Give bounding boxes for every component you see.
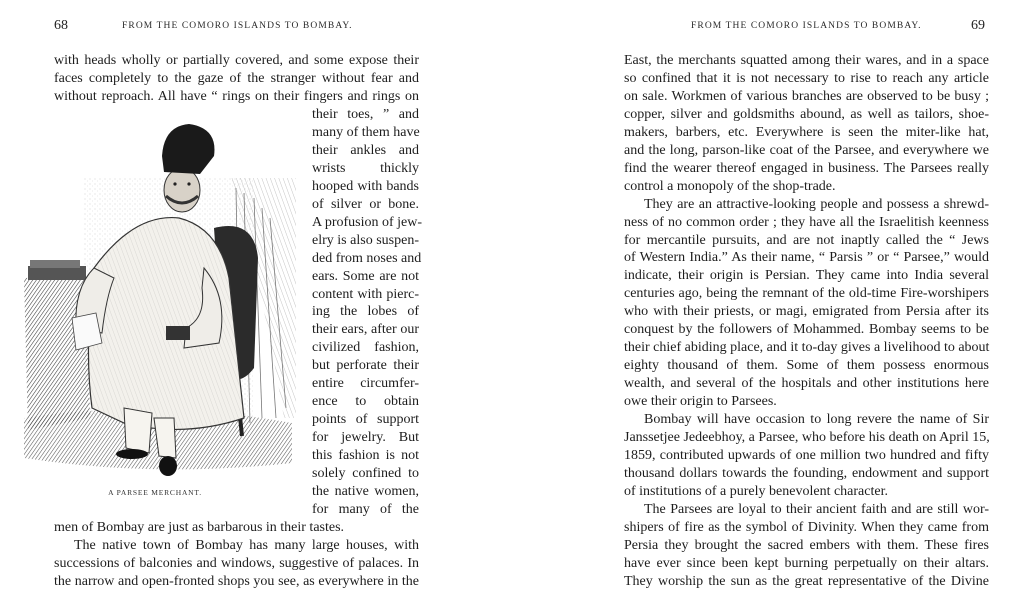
text-line: solely confined to <box>312 465 419 483</box>
text-line: Bombay will have occasion to long revere… <box>644 411 989 429</box>
text-line: of Western India.” As their name, “ Pars… <box>624 249 989 267</box>
text-line: faces completely to the gaze of the stra… <box>54 70 419 88</box>
right-page: FROM THE COMORO ISLANDS TO BOMBAY. 69 Ea… <box>506 0 1013 605</box>
text-line: so confined that it is not necessary to … <box>624 70 989 88</box>
text-line: They are an attractive-looking people an… <box>644 196 989 214</box>
text-line: this fashion is not <box>312 447 419 465</box>
text-line: ded from noses and <box>312 250 419 268</box>
text-line: for jewelry. But <box>312 429 419 447</box>
text-line: successions of balconies and windows, su… <box>54 555 419 573</box>
text-line: their ears, after our <box>312 321 419 339</box>
text-line: who with their priests, or magi, emigrat… <box>624 303 989 321</box>
text-line: the narrow and open-fronted shops you se… <box>54 573 419 591</box>
text-line: without reproach. All have “ rings on th… <box>54 88 419 106</box>
text-line: have ever since been kept burning perpet… <box>624 555 989 573</box>
text-line: wealth, and several of the hospitals and… <box>624 375 989 393</box>
text-line: eighty thousand of them. Some of them po… <box>624 357 989 375</box>
text-line: conquest by the followers of Mohammed. B… <box>624 321 989 339</box>
figure-caption: A PARSEE MERCHANT. <box>14 488 296 497</box>
text-line: The native town of Bombay has many large… <box>74 537 419 555</box>
text-line: and the long, parson-like coat of the Pa… <box>624 142 989 160</box>
text-line: content with pierc- <box>312 286 419 304</box>
running-head-left: FROM THE COMORO ISLANDS TO BOMBAY. <box>122 21 353 31</box>
text-line: many of them have <box>312 124 419 142</box>
page-number-left: 68 <box>54 18 68 34</box>
text-line: entire circumfer- <box>312 375 419 393</box>
text-line: 1859, contributed upwards of one million… <box>624 447 989 465</box>
text-line: indicate, their origin is Persian. They … <box>624 267 989 285</box>
text-line: They worship the sun as the great repres… <box>624 573 989 591</box>
text-line: points of support <box>312 411 419 429</box>
text-line: elry is also suspen- <box>312 232 419 250</box>
text-line: copper, silver and goldsmiths abound, as… <box>624 106 989 124</box>
text-line: men of Bombay are just as barbarous in t… <box>54 519 419 537</box>
text-line: East, the merchants squatted among their… <box>624 52 989 70</box>
text-line: hooped with bands <box>312 178 419 196</box>
text-line: of institutions of a purely benevolent c… <box>624 483 989 501</box>
page-number-right: 69 <box>971 18 985 34</box>
text-line: for mercantile pursuits, and are not ina… <box>624 232 989 250</box>
text-line: shipers of fire as the symbol of Divinit… <box>624 519 989 537</box>
text-line: with heads wholly or partially covered, … <box>54 52 419 70</box>
text-line: their chief abiding place, and it to-day… <box>624 339 989 357</box>
text-line: ears. Some are not <box>312 268 419 286</box>
engraving-image <box>14 118 296 480</box>
text-line: owe their origin to Parsees. <box>624 393 989 411</box>
text-line: civilized fashion, <box>312 339 419 357</box>
text-line: makers, barbers, etc. Everywhere is seen… <box>624 124 989 142</box>
text-line: control a monopoly of the shop-trade. <box>624 178 989 196</box>
text-line: their ankles and <box>312 142 419 160</box>
running-head-right: FROM THE COMORO ISLANDS TO BOMBAY. <box>691 21 922 31</box>
parsee-merchant-illustration <box>14 118 296 480</box>
text-line: ence to obtain <box>312 393 419 411</box>
text-line: centuries ago, being the remnant of the … <box>624 285 989 303</box>
text-line: their toes, ” and <box>312 106 419 124</box>
left-page: 68 FROM THE COMORO ISLANDS TO BOMBAY. wi… <box>0 0 506 605</box>
text-line: but perforate their <box>312 357 419 375</box>
text-line: A profusion of jew- <box>312 214 419 232</box>
text-line: The Parsees are loyal to their ancient f… <box>644 501 989 519</box>
text-line: of silver or bone. <box>312 196 419 214</box>
text-line: find the wearer thereof engaged in busin… <box>624 160 989 178</box>
text-line: ness of no common order ; they have all … <box>624 214 989 232</box>
text-line: thousand dollars towards the founding, e… <box>624 465 989 483</box>
text-line: for many of the <box>312 501 419 519</box>
text-line: Janssetjee Jedeebhoy, a Parsee, who befo… <box>624 429 989 447</box>
text-line: Persia they brought the sacred embers wi… <box>624 537 989 555</box>
text-line: wrists thickly <box>312 160 419 178</box>
text-line: on sale. Workmen of various branches are… <box>624 88 989 106</box>
text-line: ing the lobes of <box>312 303 419 321</box>
text-line: the native women, <box>312 483 419 501</box>
